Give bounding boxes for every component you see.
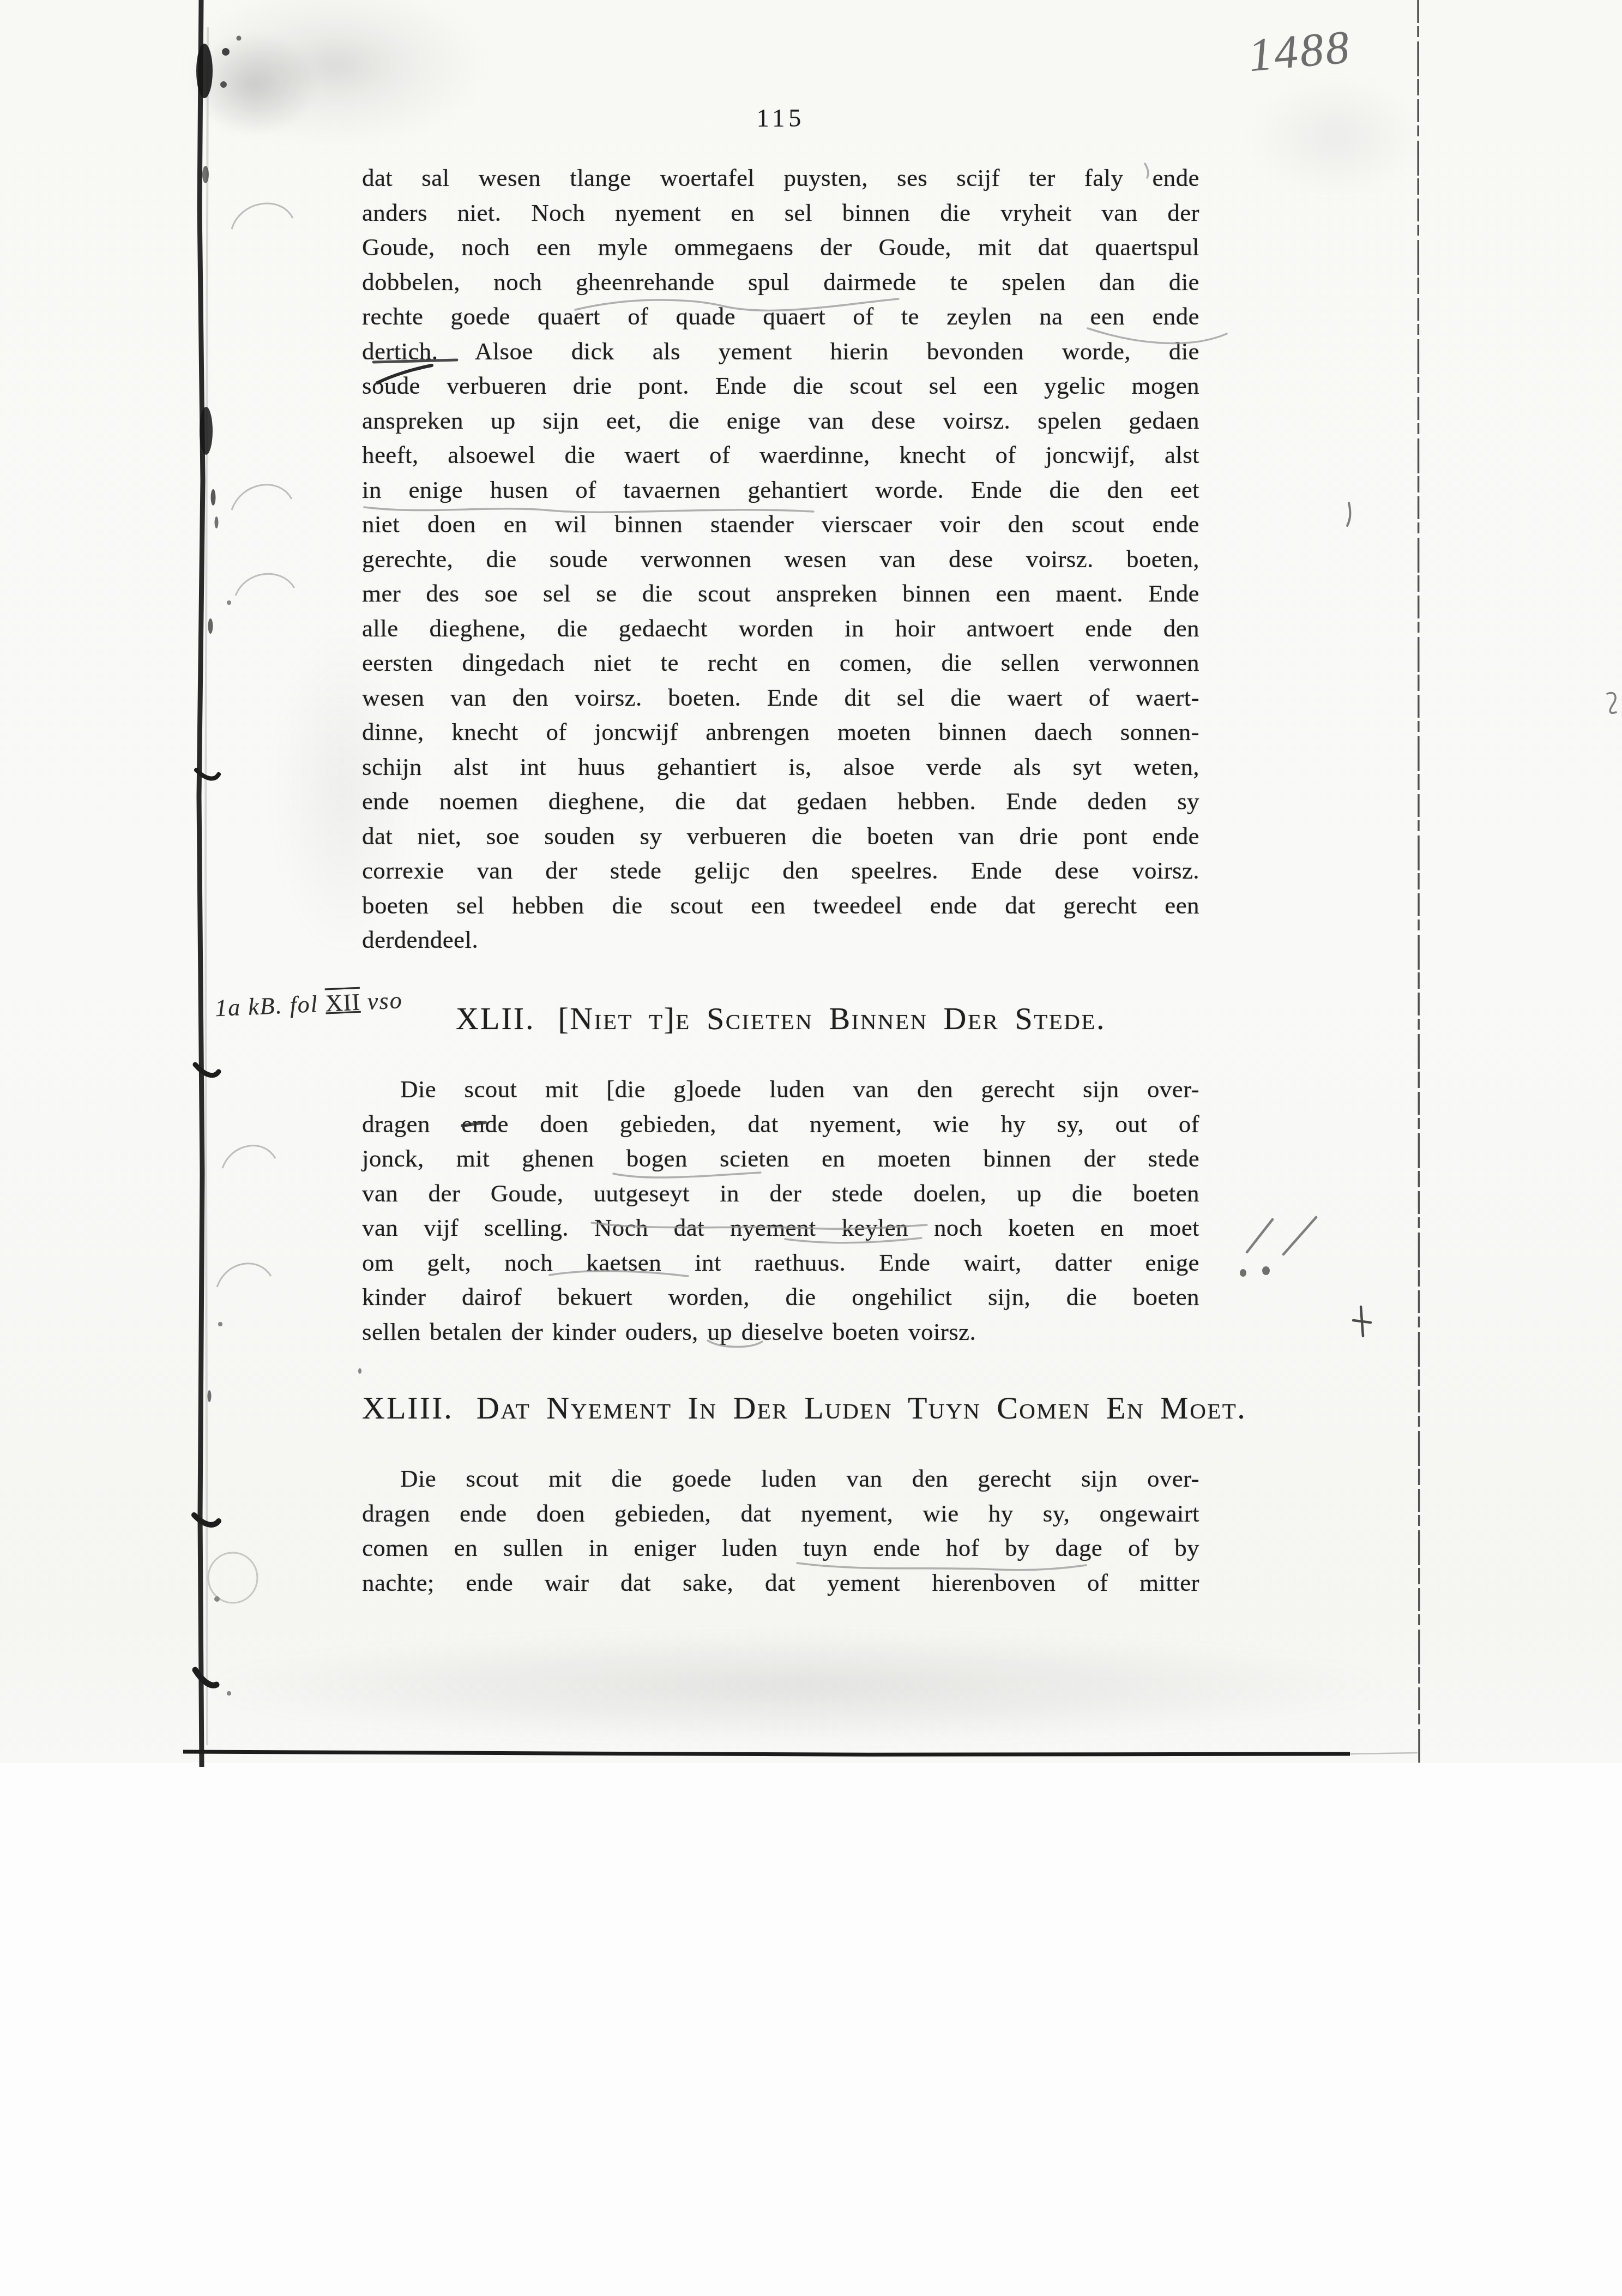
scanner-background	[0, 1763, 1622, 2296]
text-line: dragen ende doen gebieden, dat nyement, …	[362, 1107, 1199, 1142]
paragraph-ordinance-41: dat sal wesen tlange woertafel puysten, …	[362, 161, 1199, 958]
text-line: dobbelen, noch gheenrehande spul dairmed…	[362, 265, 1199, 300]
text-line: anspreken up sijn eet, die enige van des…	[362, 404, 1199, 438]
section-42-title: [Niet t]e Scieten Binnen Der Stede.	[558, 1001, 1106, 1036]
text-line: gerechte, die soude verwonnen wesen van …	[362, 542, 1199, 577]
text-line: boeten sel hebben die scout een tweedeel…	[362, 888, 1199, 923]
text-line: Die scout mit die goede luden van den ge…	[362, 1462, 1199, 1496]
text-line: ende noemen dieghene, die dat gedaen heb…	[362, 784, 1199, 819]
text-line: van vijf scelling. Noch dat nyement keyl…	[362, 1211, 1199, 1246]
section-43-title: Dat Nyement In Der Luden Tuyn Comen En M…	[477, 1390, 1247, 1426]
text-line: correxie van der stede gelijc den speelr…	[362, 854, 1199, 888]
text-line: dragen ende doen gebieden, dat nyement, …	[362, 1496, 1199, 1531]
page-number: 115	[362, 104, 1199, 133]
scanned-document-page: 115 1488 1a kB. fol XII vso dat sal wese…	[0, 0, 1622, 2296]
paragraph-ordinance-42: Die scout mit [die g]oede luden van den …	[362, 1072, 1199, 1349]
text-line: Die scout mit [die g]oede luden van den …	[362, 1072, 1199, 1107]
text-line: jonck, mit ghenen bogen scieten en moete…	[362, 1141, 1199, 1176]
section-42-heading: XLII.[Niet t]e Scieten Binnen Der Stede.	[362, 1000, 1199, 1037]
text-line: in enige husen of tavaernen gehantiert w…	[362, 473, 1199, 508]
section-42-numeral: XLII.	[456, 1001, 535, 1036]
text-line: schijn alst int huus gehantiert is, also…	[362, 750, 1199, 785]
text-line: eersten dingedach niet te recht en comen…	[362, 646, 1199, 681]
text-line: alle dieghene, die gedaecht worden in ho…	[362, 611, 1199, 646]
text-line: mer des soe sel se die scout anspreken b…	[362, 576, 1199, 611]
text-line: rechte goede quaert of quade quaert of t…	[362, 299, 1199, 334]
text-line: dat niet, soe souden sy verbueren die bo…	[362, 819, 1199, 854]
paragraph-ordinance-43: Die scout mit die goede luden van den ge…	[362, 1462, 1199, 1600]
text-line: soude verbueren drie pont. Ende die scou…	[362, 369, 1199, 404]
section-43-heading: XLIII.Dat Nyement In Der Luden Tuyn Come…	[362, 1390, 1199, 1426]
text-line: wesen van den voirsz. boeten. Ende dit s…	[362, 681, 1199, 716]
margin-note-folio-roman: XII	[325, 989, 361, 1017]
text-line: kinder dairof bekuert worden, die ongehi…	[362, 1280, 1199, 1315]
text-line: om gelt, noch kaetsen int raethuus. Ende…	[362, 1246, 1199, 1281]
text-line: niet doen en wil binnen staender viersca…	[362, 507, 1199, 542]
text-line: Goude, noch een myle ommegaens der Goude…	[362, 230, 1199, 265]
text-line: comen en sullen in eniger luden tuyn end…	[362, 1531, 1199, 1566]
text-line: dinne, knecht of joncwijf anbrengen moet…	[362, 715, 1199, 750]
text-line: dertich. Alsoe dick als yement hierin be…	[362, 334, 1199, 369]
text-line: van der Goude, uutgeseyt in der stede do…	[362, 1176, 1199, 1211]
section-43-numeral: XLIII.	[362, 1390, 454, 1426]
text-line: heeft, alsoewel die waert of waerdinne, …	[362, 438, 1199, 473]
text-line: anders niet. Noch nyement en sel binnen …	[362, 196, 1199, 231]
text-line: dat sal wesen tlange woertafel puysten, …	[362, 161, 1199, 196]
margin-note-prefix: 1a kB. fol	[214, 990, 326, 1022]
text-line: nachte; ende wair dat sake, dat yement h…	[362, 1566, 1199, 1601]
